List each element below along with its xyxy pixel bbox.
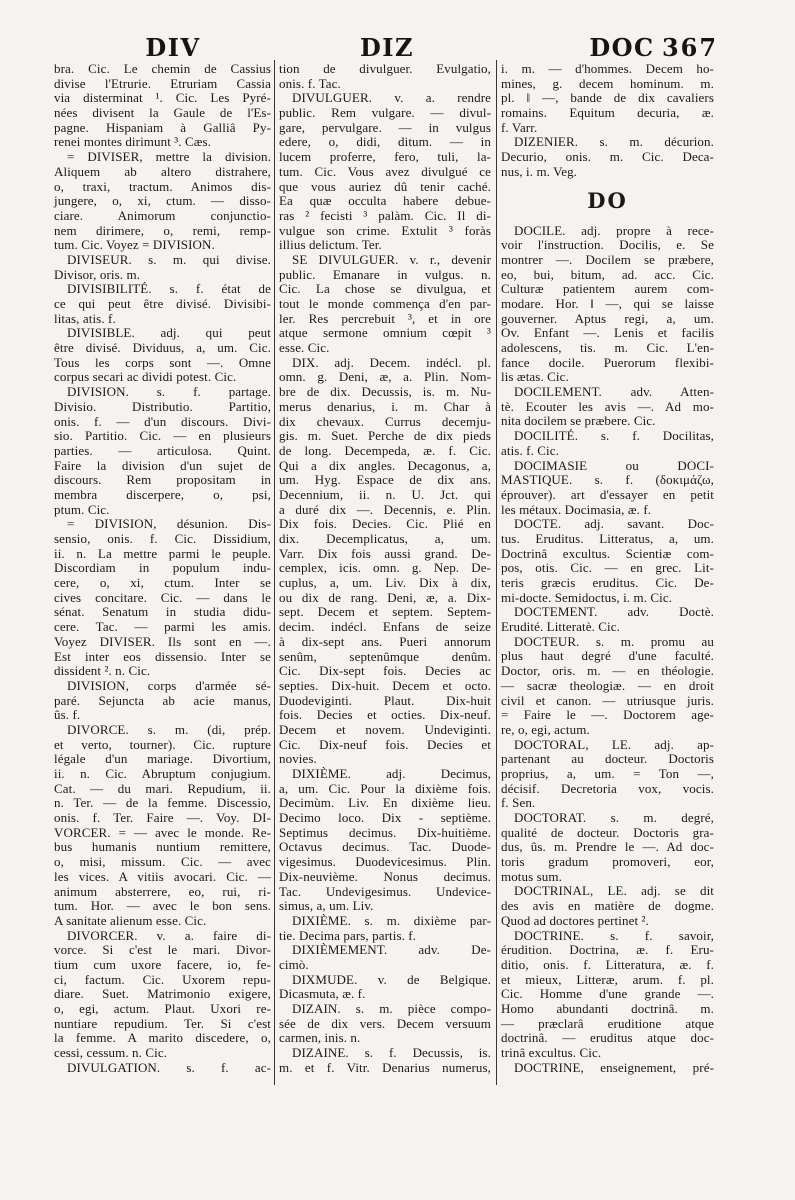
text-line: o, misi, missum. Cic. — avec	[54, 855, 271, 870]
text-line: doctrinâ. — eruditus atque doc-	[501, 1031, 714, 1046]
text-line: fance docile. Puerorum flexibi-	[501, 356, 714, 371]
text-line: mi-docte. Semidoctus, i. m. Cic.	[501, 591, 714, 606]
text-line: Aliquem ab altero distrahere,	[54, 165, 271, 180]
text-line: Culturæ patientem aurem com-	[501, 282, 714, 297]
column-1: bra. Cic. Le chemin de Cassiusdivise l'E…	[54, 62, 271, 1075]
text-line: Qui a dix angles. Decagonus, a,	[279, 459, 491, 474]
text-line: pagne. Hispaniam à Galliâ Py-	[54, 121, 271, 136]
text-line: cere, o, xi, ctum. Inter se	[54, 576, 271, 591]
text-line: dix. Decemplicatus, a, um.	[279, 532, 491, 547]
text-line: ûs. f.	[54, 708, 271, 723]
text-line: ou dix de rang. Deni, æ, a. Dix-	[279, 591, 491, 606]
text-line: diare. Suet. Matrimonio exigere,	[54, 987, 271, 1002]
text-line: VORCER. = — avec le monde. Re-	[54, 826, 271, 841]
text-line: corpus secari ac dividi potest. Cic.	[54, 370, 271, 385]
text-line: vigesimus. Duodevicesimus. Plin.	[279, 855, 491, 870]
text-line: Cic. Dix-neuf fois. Decies et	[279, 738, 491, 753]
text-line: cemplex, icis. omn. g. Nep. De-	[279, 561, 491, 576]
text-line: tè. Ecouter les avis —. Ad mo-	[501, 400, 714, 415]
column-3: i. m. — d'hommes. Decem ho-mines, g. dec…	[501, 62, 714, 1075]
text-line: sio. Partitio. Cic. — en plusieurs	[54, 429, 271, 444]
text-line: DIXIÈME. adj. Decimus,	[279, 767, 491, 782]
text-line: Cic. La chose se divulgua, et	[279, 282, 491, 297]
text-line: dus, ûs. m. Prendre le —. Ad doc-	[501, 840, 714, 855]
text-line: de long. Decempeda, æ. f. Cic.	[279, 444, 491, 459]
text-line: MASTIQUE. s. f. (δοκιμάζω,	[501, 473, 714, 488]
text-line: Ea quæ occulta habere debue-	[279, 194, 491, 209]
text-line: — sacræ theologiæ. — en droit	[501, 679, 714, 694]
text-line: animum absterrere, eo, rui, ri-	[54, 885, 271, 900]
text-line: onis. f. — d'un discours. Divi-	[54, 415, 271, 430]
text-line: merus denarius, i. m. Char à	[279, 400, 491, 415]
text-line: cessi, cessum. n. Cic.	[54, 1046, 271, 1061]
text-line: Dicasmuta, æ. f.	[279, 987, 491, 1002]
text-line: parties. — articulosa. Quint.	[54, 444, 271, 459]
text-line: bus humanis nuntium remittere,	[54, 840, 271, 855]
text-line: illius delictum. Ter.	[279, 238, 491, 253]
text-line: DIXMUDE. v. de Belgique.	[279, 973, 491, 988]
section-heading: DO	[501, 188, 714, 214]
text-line: DIVISEUR. s. m. qui divise.	[54, 253, 271, 268]
text-line: Decurio, onis. m. Cic. Deca-	[501, 150, 714, 165]
text-line: Decimùm. Liv. En dixième lieu.	[279, 796, 491, 811]
text-line: montrer —. Docilem se præbere,	[501, 253, 714, 268]
text-line: des avis en matière de dogme.	[501, 899, 714, 914]
text-line: esse. Cic.	[279, 341, 491, 356]
text-line: f. Varr.	[501, 121, 714, 136]
text-line: tout le monde commença d'en par-	[279, 297, 491, 312]
text-line: DOCILITÉ. s. f. Docilitas,	[501, 429, 714, 444]
text-line: DOCTEMENT. adv. Doctè.	[501, 605, 714, 620]
text-line: cuplus, a, um. Liv. Dix à dix,	[279, 576, 491, 591]
text-line: eo, bui, bitum, ad. acc. Cic.	[501, 268, 714, 283]
text-line: public. Emanare in vulgus. n.	[279, 268, 491, 283]
text-line: ii. n. Cic. Abruptum conjugium.	[54, 767, 271, 782]
text-line: vorce. Si c'est le mari. Divor-	[54, 943, 271, 958]
text-line: DIXIÈME. s. m. dixième par-	[279, 914, 491, 929]
text-line: DOCTRINE, enseignement, pré-	[501, 1061, 714, 1076]
text-line: tie. Decima pars, partis. f.	[279, 929, 491, 944]
text-line: légale d'un mariage. Divortium,	[54, 752, 271, 767]
text-line: i. m. — d'hommes. Decem ho-	[501, 62, 714, 77]
text-line: nem dirimere, o, remi, remp-	[54, 224, 271, 239]
text-line: atque sermone omnium cœpit ³	[279, 326, 491, 341]
text-line: = Faire le —. Doctorem age-	[501, 708, 714, 723]
text-line: Tac. Undevigesimus. Undevice-	[279, 885, 491, 900]
text-line: tum. Cic. Voyez = DIVISION.	[54, 238, 271, 253]
text-line: décisif. Decretoria vox, vocis.	[501, 782, 714, 797]
text-line: ci, factum. Cic. Uxorem repu-	[54, 973, 271, 988]
text-line: divise l'Etrurie. Etruriam Cassia	[54, 77, 271, 92]
text-line: tum. Cic. Vous avez divulgué ce	[279, 165, 491, 180]
text-line: Erudité. Litteratè. Cic.	[501, 620, 714, 635]
text-line: Cat. — du mari. Repudium, ii.	[54, 782, 271, 797]
text-line: discours. Rem propositam in	[54, 473, 271, 488]
text-line: bre de dix. Decussis, is. m. Nu-	[279, 385, 491, 400]
text-line: les vices. A vitiis avocari. Cic. —	[54, 870, 271, 885]
text-line: Discordiam in populum indu-	[54, 561, 271, 576]
text-line: Varr. Dix fois aussi grand. De-	[279, 547, 491, 562]
text-line: simus, a, um. Liv.	[279, 899, 491, 914]
text-line: gouverner. Aptus regi, a, um.	[501, 312, 714, 327]
text-line: litas, atis. f.	[54, 312, 271, 327]
text-line: lis ætas. Cic.	[501, 370, 714, 385]
text-line: novies.	[279, 752, 491, 767]
text-line: ler. Res percrebuit ³, et in ore	[279, 312, 491, 327]
text-line: a duré dix —. Decennis, e. Plin.	[279, 503, 491, 518]
column-2: tion de divulguer. Evulgatio,onis. f. Ta…	[279, 62, 491, 1075]
text-line: ditio, onis. f. Litteratura, æ. f.	[501, 958, 714, 973]
text-line: septies. Dix-huit. Decem et octo.	[279, 679, 491, 694]
text-line: DIVISIBLE. adj. qui peut	[54, 326, 271, 341]
text-line: gare, pervulgare. — in vulgus	[279, 121, 491, 136]
text-line: f. Sen.	[501, 796, 714, 811]
text-line: érudition. Doctrina, æ. f. Eru-	[501, 943, 714, 958]
text-line: DIX. adj. Decem. indécl. pl.	[279, 356, 491, 371]
text-line: Faire la division d'un sujet de	[54, 459, 271, 474]
text-line: tum. Hor. — avec le bon sens.	[54, 899, 271, 914]
text-line: o, traxi, tractum. Animos dis-	[54, 180, 271, 195]
text-line: que vous auriez dû tenir caché.	[279, 180, 491, 195]
text-line: DIVULGATION. s. f. ac-	[54, 1061, 271, 1076]
text-line: renei montes dirimunt ³. Cæs.	[54, 135, 271, 150]
text-line: onis. f. Tac.	[279, 77, 491, 92]
running-head-diz: DIZ	[360, 34, 414, 62]
text-line: être divisé. Dividuus, a, um. Cic.	[54, 341, 271, 356]
text-line: Doctrinâ excultus. Scientiæ com-	[501, 547, 714, 562]
text-line: DIVORCER. v. a. faire di-	[54, 929, 271, 944]
text-line: pl. ‖ —, bande de dix cavaliers	[501, 91, 714, 106]
text-line: motus sum.	[501, 870, 714, 885]
column-divider-right	[496, 60, 497, 1085]
text-line: adolescens, tis. m. Cic. L'en-	[501, 341, 714, 356]
text-line: la femme. A marito discedere, o,	[54, 1031, 271, 1046]
text-line: nées divisent la Gaule de l'Es-	[54, 106, 271, 121]
text-line: Divisor, oris. m.	[54, 268, 271, 283]
text-line: Homo abundanti doctrinâ. m.	[501, 1002, 714, 1017]
text-line: DOCTORAL, LE. adj. ap-	[501, 738, 714, 753]
text-line: edere, o, didi, ditum. — in	[279, 135, 491, 150]
text-line: via disterminat ¹. Cic. Les Pyré-	[54, 91, 271, 106]
text-line: les métaux. Docimasia, æ. f.	[501, 503, 714, 518]
text-line: civil et canon. — utriusque juris.	[501, 694, 714, 709]
text-line: SE DIVULGUER. v. r., devenir	[279, 253, 491, 268]
text-line: cere. Tac. — parmi les amis.	[54, 620, 271, 635]
column-divider-left	[274, 60, 275, 1085]
text-line: DOCTEUR. s. m. promu au	[501, 635, 714, 650]
text-line: DOCIMASIE ou DOCI-	[501, 459, 714, 474]
text-line: DOCTRINE. s. f. savoir,	[501, 929, 714, 944]
text-line: Decimo loco. Dix - septième.	[279, 811, 491, 826]
text-line: Divisio. Distributio. Partitio,	[54, 400, 271, 415]
text-line: DIXIÈMEMENT. adv. De-	[279, 943, 491, 958]
text-line: ciare. Animorum conjunctio-	[54, 209, 271, 224]
text-line: m. et f. Vitr. Denarius numerus,	[279, 1061, 491, 1076]
text-line: DIVULGUER. v. a. rendre	[279, 91, 491, 106]
running-head-div: DIV	[145, 34, 200, 62]
text-line: sept. Decem et septem. Septem-	[279, 605, 491, 620]
page-number: 367	[662, 34, 718, 62]
text-line: Duodeviginti. Plaut. Dix-huit	[279, 694, 491, 709]
text-line: cives concitare. Cic. — dans le	[54, 591, 271, 606]
text-line: DIVISION. s. f. partage.	[54, 385, 271, 400]
text-line: à dix-sept ans. Pueri annorum	[279, 635, 491, 650]
text-line: ii. n. La mettre parmi le peuple.	[54, 547, 271, 562]
text-line: paré. Sejuncta ab acie manus,	[54, 694, 271, 709]
text-line: = DIVISION, désunion. Dis-	[54, 517, 271, 532]
text-line: fois. Decies et octies. Dix-neuf.	[279, 708, 491, 723]
text-line: DOCTORAT. s. m. degré,	[501, 811, 714, 826]
text-line: Cic. Dix-sept fois. Decies ac	[279, 664, 491, 679]
text-line: Decennium, ii. n. U. Jct. qui	[279, 488, 491, 503]
text-line: nita docilem se præbere. Cic.	[501, 414, 714, 429]
text-line: Dix fois. Decies. Cic. Plié en	[279, 517, 491, 532]
text-line: sénat. Senatum in studia didu-	[54, 605, 271, 620]
text-line: plus haut degré d'une faculté.	[501, 649, 714, 664]
text-line: nuntiare repudium. Ter. Si c'est	[54, 1017, 271, 1032]
text-line: decim. indécl. Enfans de seize	[279, 620, 491, 635]
text-line: Est inter eos dissensio. Inter se	[54, 650, 271, 665]
text-line: jungere, o, xi, ctum. — disso-	[54, 194, 271, 209]
text-line: qualité de docteur. Doctoris gra-	[501, 826, 714, 841]
text-line: partenant au docteur. Doctoris	[501, 752, 714, 767]
text-line: dissident ². n. Cic.	[54, 664, 271, 679]
text-line: A sanitate alienum esse. Cic.	[54, 914, 271, 929]
text-line: proprius, a, um. = Ton —,	[501, 767, 714, 782]
text-line: gis. m. Suet. Perche de dix pieds	[279, 429, 491, 444]
text-line: re, o, egi, actum.	[501, 723, 714, 738]
text-line: onis. f. Ter. Faire —. Voy. DI-	[54, 811, 271, 826]
text-line: tion de divulguer. Evulgatio,	[279, 62, 491, 77]
text-line: trinâ excultus. Cic.	[501, 1046, 714, 1061]
text-line: DIVISIBILITÉ. s. f. état de	[54, 282, 271, 297]
text-line: voir l'instruction. Docilis, e. Se	[501, 238, 714, 253]
text-line: ras ² fecisti ³ palàm. Cic. Il di-	[279, 209, 491, 224]
text-line: atis. f. Cic.	[501, 444, 714, 459]
text-line: = DIVISER, mettre la division.	[54, 150, 271, 165]
text-line: DIZAINE. s. f. Decussis, is.	[279, 1046, 491, 1061]
text-line: nus, i. m. Veg.	[501, 165, 714, 180]
text-line: tium cum uxore facere, io, fe-	[54, 958, 271, 973]
text-line: DOCTE. adj. savant. Doc-	[501, 517, 714, 532]
text-line: DOCILEMENT. adv. Atten-	[501, 385, 714, 400]
text-line: DIVORCE. s. m. (di, prép.	[54, 723, 271, 738]
text-line: DOCILE. adj. propre à rece-	[501, 224, 714, 239]
text-line: vulgue son crime. Extulit ³ foràs	[279, 224, 491, 239]
text-line: carmen, inis. n.	[279, 1031, 491, 1046]
text-line: o, egi, actum. Plaut. Uxori re-	[54, 1002, 271, 1017]
text-line: um. Hyg. Espace de dix ans.	[279, 473, 491, 488]
text-line: ce qui peut être divisé. Divisibi-	[54, 297, 271, 312]
text-line: sensio, onis. f. Cic. Dissidium,	[54, 532, 271, 547]
text-line: sée de dix vers. Decem versuum	[279, 1017, 491, 1032]
text-line: Quod ad doctores pertinet ².	[501, 914, 714, 929]
text-line: teris græcis eruditus. Cic. De-	[501, 576, 714, 591]
text-line: ptum. Cic.	[54, 503, 271, 518]
text-line: DIZENIER. s. m. décurion.	[501, 135, 714, 150]
text-line: mines, g. decem hominum. m.	[501, 77, 714, 92]
dictionary-page: DIV DIZ DOC 367 bra. Cic. Le chemin de C…	[0, 0, 795, 1200]
text-line: DIZAIN. s. m. pièce compo-	[279, 1002, 491, 1017]
text-line: bra. Cic. Le chemin de Cassius	[54, 62, 271, 77]
text-line: membra discerpere, o, psi,	[54, 488, 271, 503]
text-line: cimò.	[279, 958, 491, 973]
text-line: romains. Equitum decuria, æ.	[501, 106, 714, 121]
text-line: public. Rem vulgare. — divul-	[279, 106, 491, 121]
text-line: et verto, tourner). Cic. rupture	[54, 738, 271, 753]
text-line: toris gradum promoveri, eor,	[501, 855, 714, 870]
text-line: a, um. Cic. Pour la dixième fois.	[279, 782, 491, 797]
text-line: pos, otis. Cic. — en grec. Lit-	[501, 561, 714, 576]
text-line: modare. Hor. ‖ —, qui se laisse	[501, 297, 714, 312]
text-line: DIVISION, corps d'armée sé-	[54, 679, 271, 694]
text-line: Voyez DIVISER. Ils sont en —.	[54, 635, 271, 650]
text-line: éprouver). art d'essayer en petit	[501, 488, 714, 503]
text-line: Ov. Enfant —. Lenis et facilis	[501, 326, 714, 341]
text-line: omn. g. Deni, æ, a. Plin. Nom-	[279, 370, 491, 385]
text-line: Doctor, oris. m. — en théologie.	[501, 664, 714, 679]
text-line: n. Ter. — de la femme. Discessio,	[54, 796, 271, 811]
text-line: tus. Eruditus. Litteratus, a, um.	[501, 532, 714, 547]
text-line: Tous les corps sont —. Omne	[54, 356, 271, 371]
text-line: Septimus decimus. Dix-huitième.	[279, 826, 491, 841]
text-line: et mieux, Litteræ, arum. f. pl.	[501, 973, 714, 988]
text-line: senûm, septenûmque denûm.	[279, 650, 491, 665]
text-line: lucem proferre, fero, tuli, la-	[279, 150, 491, 165]
text-line: Octavus decimus. Tac. Duode-	[279, 840, 491, 855]
text-line: Decem et novem. Undeviginti.	[279, 723, 491, 738]
running-head-doc: DOC	[589, 34, 654, 62]
text-line: — præclarâ eruditione atque	[501, 1017, 714, 1032]
text-line: Cic. Homme d'une grande —.	[501, 987, 714, 1002]
text-line: dix chevaux. Currus decemju-	[279, 415, 491, 430]
text-line: DOCTRINAL, LE. adj. se dit	[501, 884, 714, 899]
text-line: Dix-neuvième. Nonus decimus.	[279, 870, 491, 885]
